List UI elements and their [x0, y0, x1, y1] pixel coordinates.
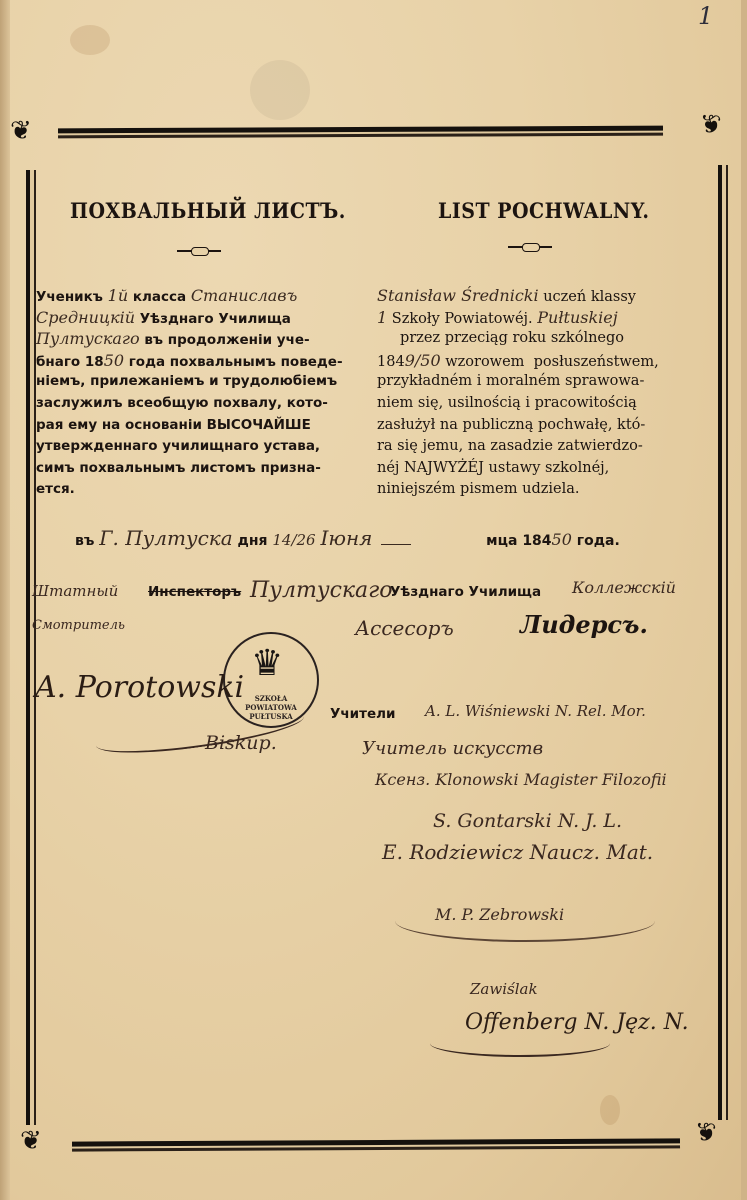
text-line: ra się jemu, na zasadzie zatwierdzo- — [377, 436, 712, 458]
corner-ornament-icon: ❦ — [20, 1128, 42, 1154]
signature-flourish — [395, 900, 655, 942]
printed-text: 184 — [377, 354, 405, 370]
text-line: ется. — [36, 479, 366, 501]
paper-stain — [70, 25, 110, 55]
printed-text: года. — [577, 533, 620, 549]
teacher-signature: A. L. Wiśniewski N. Rel. Mor. — [425, 702, 646, 720]
page-edge-left — [0, 0, 10, 1200]
text-line: Stanisław Średnicki uczeń klassy — [377, 285, 712, 307]
printed-text: Ученикъ — [36, 289, 108, 305]
handwritten-title: Штатный — [32, 582, 118, 600]
printed-text: въ продолженіи уче- — [140, 332, 310, 348]
printed-text: uczeń klassy — [539, 289, 636, 305]
handwritten-month: Іюня — [320, 526, 372, 550]
struck-inspector-label: Инспекторъ — [148, 584, 241, 600]
printed-text: Szkoły Powiatowéj. — [387, 311, 537, 327]
corner-ornament-icon: ❦ — [10, 118, 32, 144]
handwritten-day: 14/26 — [272, 531, 315, 549]
divider-ornament-icon — [508, 243, 552, 251]
printed-text: 184 — [522, 533, 551, 549]
handwritten-title: Смотритель — [32, 618, 125, 633]
text-line: 1 Szkoły Powiatowéj. Pułtuskiej — [377, 307, 712, 329]
text-line: 1849/50 wzorowem posłuszeństwem, — [377, 350, 712, 372]
text-line: zasłużył na publiczną pochwałę, któ- — [377, 415, 712, 437]
handwritten-year: 50 — [104, 351, 124, 370]
handwritten-year: 50 — [552, 530, 572, 549]
inspector-signature: Лидерсъ. — [520, 610, 648, 639]
text-line: przykładném i moralném sprawowa- — [377, 371, 712, 393]
printed-text: класса — [128, 289, 191, 305]
handwritten-town: Пултускаго — [36, 329, 140, 348]
text-line: niniejszém pismem udziela. — [377, 479, 712, 501]
handwritten-rank: Ассесоръ — [355, 616, 454, 640]
teacher-signature: Ксенз. Klonowski Magister Filozofii — [375, 770, 667, 789]
printed-text: Уѣзднаго Училища — [135, 311, 291, 327]
polish-body-text: Stanisław Średnicki uczeń klassy 1 Szkoł… — [377, 285, 712, 501]
title-russian: ПОХВАЛЬНЫЙ ЛИСТЪ. — [70, 198, 346, 223]
teachers-label: Учители — [330, 706, 395, 722]
printed-text: дня — [238, 533, 268, 549]
russian-body-text: Ученикъ 1й класса Станиславъ Средницкій … — [36, 285, 366, 501]
teacher-signature: Учитель искусств — [362, 738, 543, 759]
handwritten-class-number: 1й — [108, 286, 128, 305]
paper-stain — [600, 1095, 620, 1125]
handwritten-place: Г. Пултуска — [99, 526, 232, 550]
paper-stain — [250, 60, 310, 120]
handwritten-year: 9/50 — [405, 351, 441, 370]
text-line: przez przeciąg roku szkólnego — [377, 328, 712, 350]
printed-text: Уѣзднаго Училища — [390, 584, 541, 600]
text-line: Пултускаго въ продолженіи уче- — [36, 328, 366, 350]
page-edge-right — [741, 0, 747, 1200]
printed-text: wzorowem posłuszeństwem, — [441, 354, 659, 370]
handwritten-class-number: 1 — [377, 308, 387, 327]
printed-text: въ — [75, 533, 94, 549]
text-line: бнаго 1850 года похвальнымъ поведе- — [36, 350, 366, 372]
text-line: Ученикъ 1й класса Станиславъ — [36, 285, 366, 307]
corner-ornament-icon: ❦ — [695, 1120, 717, 1146]
handwritten-surname: Средницкій — [36, 308, 135, 327]
text-line: Средницкій Уѣзднаго Училища — [36, 307, 366, 329]
handwritten-first-name: Станиславъ — [191, 286, 297, 305]
eagle-emblem-icon: ♛ — [251, 644, 283, 684]
title-polish: LIST POCHWALNY. — [438, 198, 649, 223]
text-line: заслужилъ всеобщую похвалу, кото- — [36, 393, 366, 415]
page-number: 1 — [698, 2, 713, 30]
frame-right-rule — [718, 165, 722, 1120]
printed-text: мца — [486, 533, 517, 549]
divider-ornament-icon — [177, 247, 221, 255]
signature: Biskup. — [205, 732, 277, 754]
handwritten-rank: Коллежскій — [572, 578, 676, 597]
text-line: симъ похвальнымъ листомъ призна- — [36, 458, 366, 480]
text-line: ніемъ, прилежаніемъ и трудолюбіемъ — [36, 371, 366, 393]
text-line: néj NAJWYŻÉJ ustawy szkolnéj, — [377, 458, 712, 480]
handwritten-town: Пултускаго — [250, 578, 393, 603]
printed-text: года похвальнымъ поведе- — [124, 354, 343, 370]
corner-ornament-icon: ❦ — [700, 112, 722, 138]
signature: A. Porotowski — [35, 670, 244, 705]
frame-top-rule — [58, 126, 663, 136]
printed-text: бнаго 18 — [36, 354, 104, 370]
text-line: niem się, usilnością i pracowitością — [377, 393, 712, 415]
frame-bottom-rule — [72, 1138, 680, 1148]
blank-rule — [381, 544, 411, 545]
teacher-signature: S. Gontarski N. J. L. — [433, 810, 622, 832]
teacher-signature: E. Rodziewicz Naucz. Mat. — [382, 840, 653, 864]
signature-flourish — [430, 1030, 610, 1057]
text-line: утвержденнаго училищнаго устава, — [36, 436, 366, 458]
text-line: рая ему на основаніи ВЫСОЧАЙШЕ — [36, 415, 366, 437]
teacher-signature: Zawiślak — [470, 980, 538, 998]
printed-text: Инспекторъ — [148, 584, 241, 600]
frame-left-rule — [26, 170, 30, 1125]
handwritten-town: Pułtuskiej — [537, 308, 617, 327]
handwritten-student-name: Stanisław Średnicki — [377, 286, 539, 305]
date-line: въ Г. Пултуска дня 14/26 Іюня мца 18450 … — [75, 526, 665, 550]
